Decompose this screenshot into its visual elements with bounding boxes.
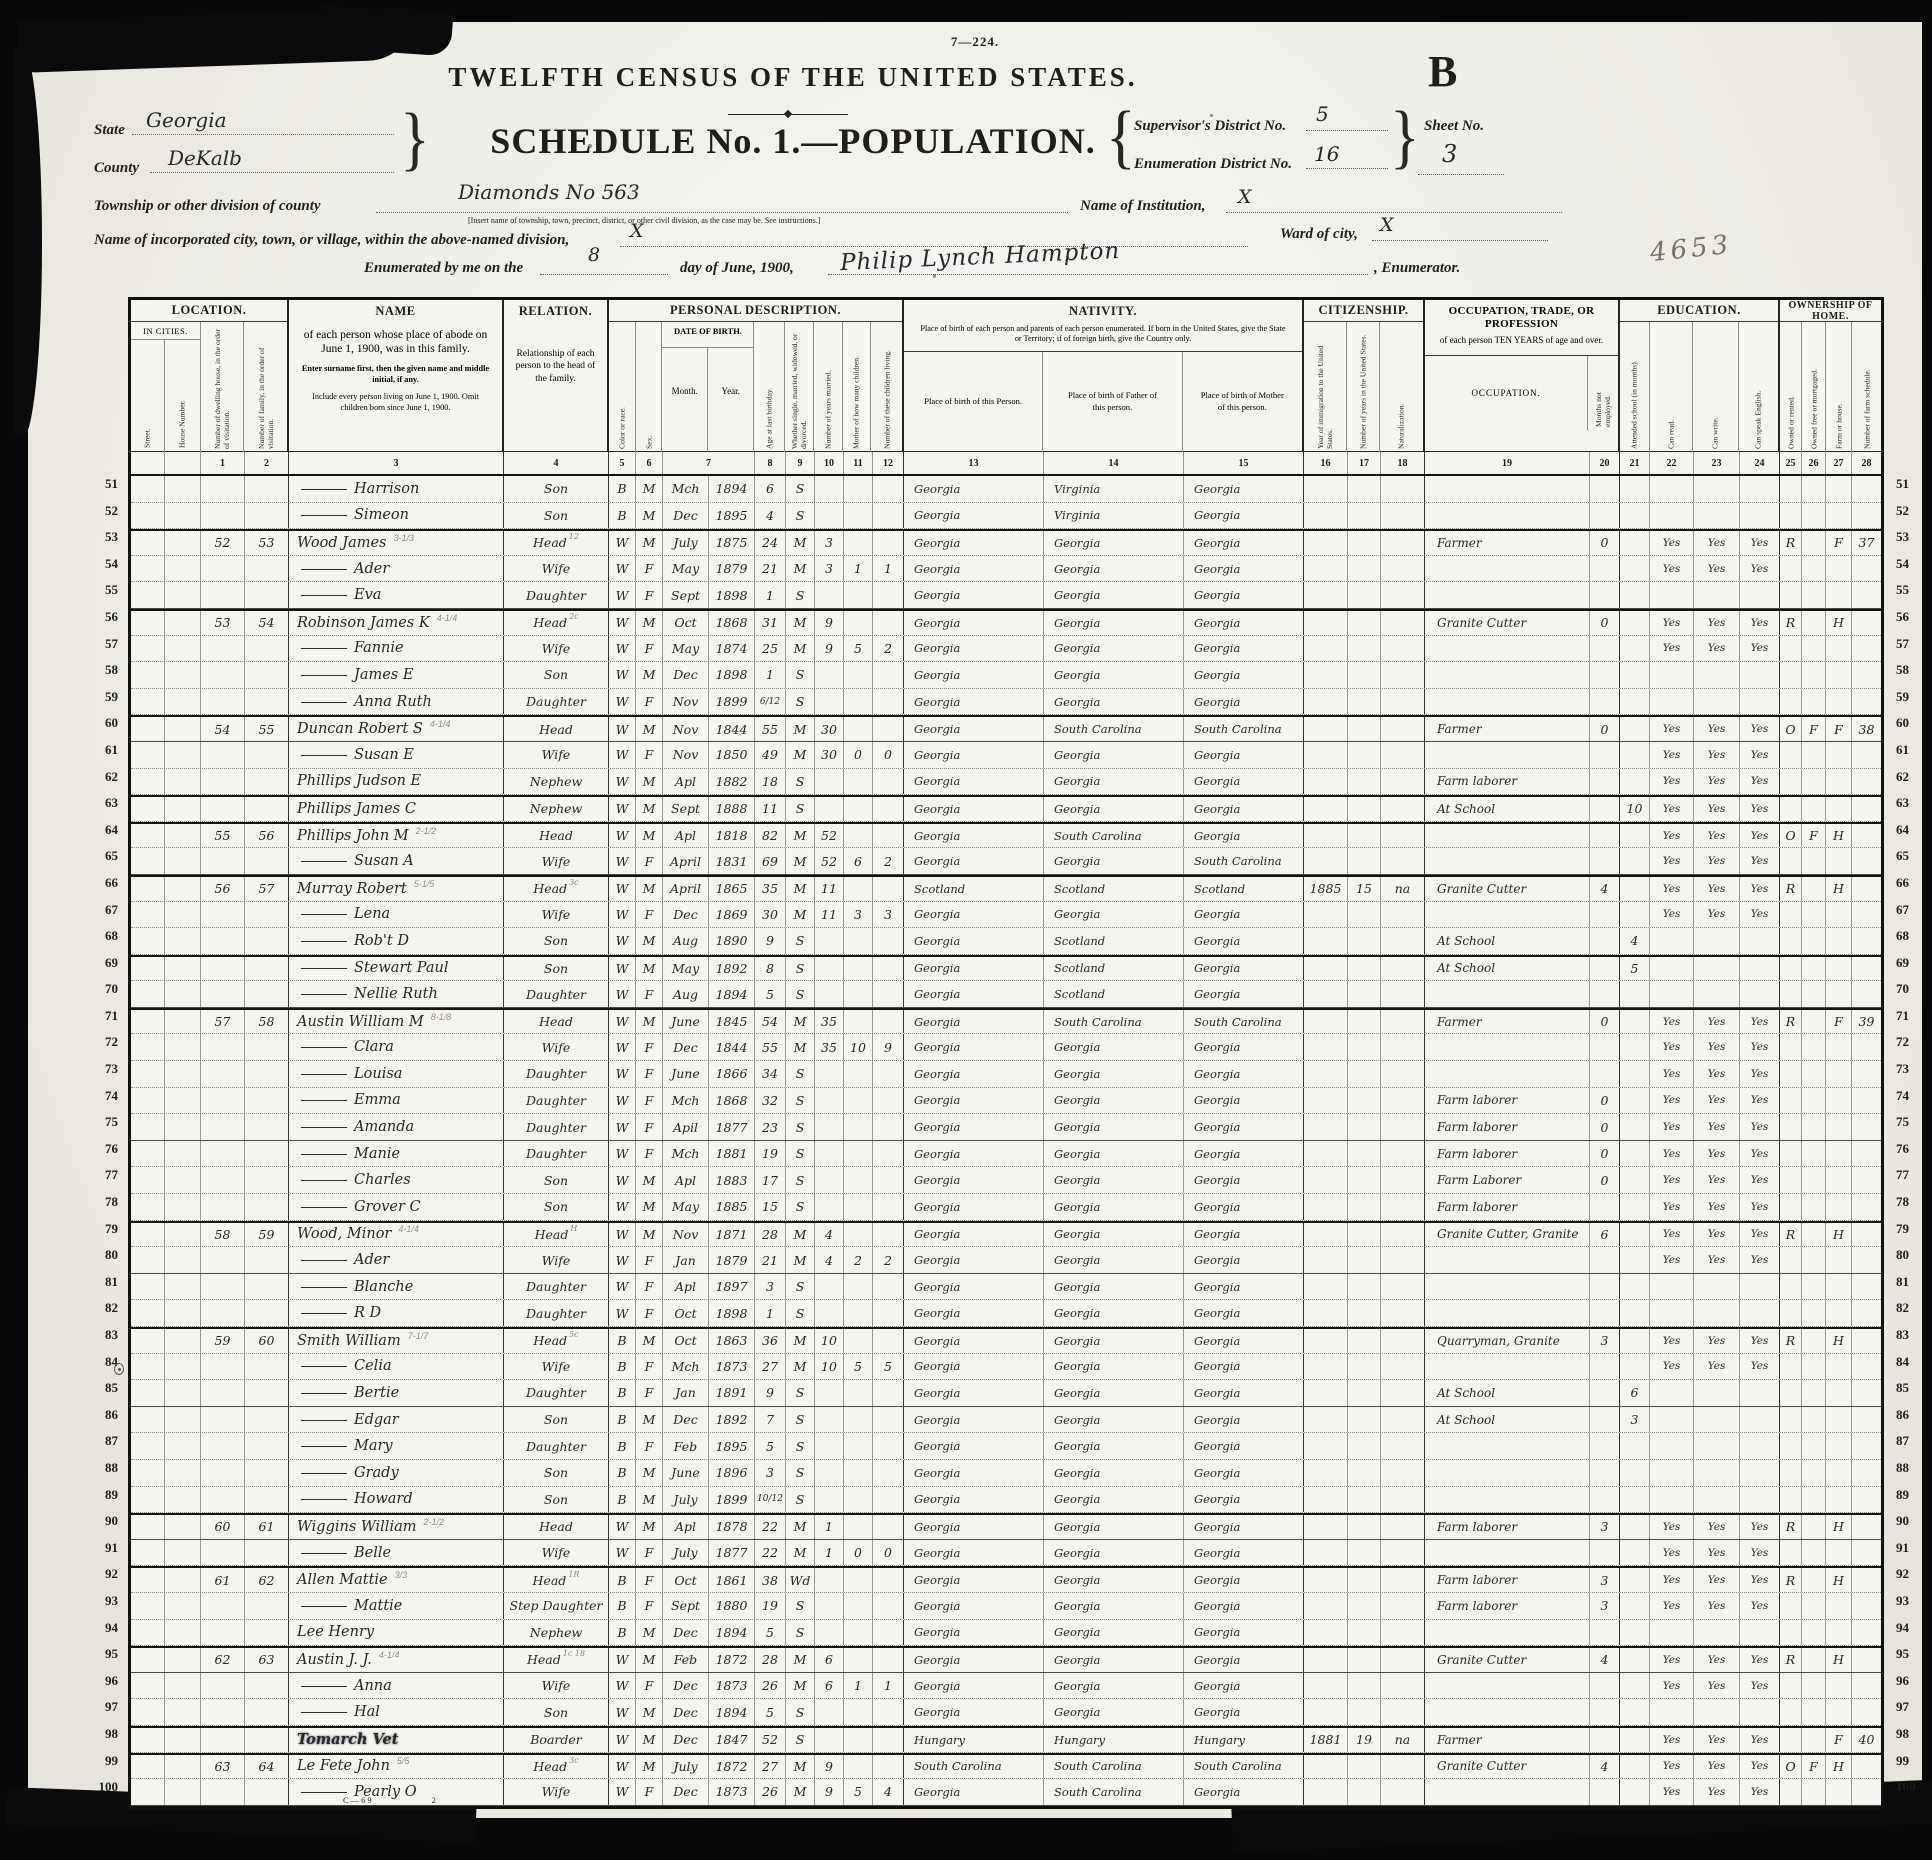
cell-attended-school	[1620, 556, 1650, 582]
cell-occupation: Farmer	[1425, 1728, 1590, 1752]
cell-owned-or-rented: O	[1780, 717, 1802, 741]
cell-dwelling-number	[201, 742, 245, 768]
cell-birthplace-person: Georgia	[904, 1141, 1044, 1167]
cell-naturalization	[1381, 1648, 1425, 1672]
cell-relation: Wife	[504, 902, 609, 928]
cell-relation: Wife	[504, 556, 609, 582]
cell-owned-free-or-mortgaged: F	[1802, 1755, 1826, 1779]
cell-relation: Son	[504, 503, 609, 529]
cell-birthplace-mother: Georgia	[1184, 1141, 1304, 1167]
row-number-79: 79	[86, 1221, 128, 1248]
state-value: Georgia	[146, 108, 227, 132]
col-pob-person-label: Place of birth of this Person.	[904, 352, 1043, 452]
cell-farm-or-house	[1826, 1061, 1852, 1087]
cell-birth-month: Mch	[663, 1141, 709, 1167]
cell-age: 7	[755, 1407, 786, 1433]
cell-farm-schedule-number	[1852, 1407, 1881, 1433]
cell-farm-schedule-number	[1852, 1141, 1881, 1167]
cell-can-write	[1694, 689, 1740, 715]
cell-age: 34	[755, 1061, 786, 1087]
cell-farm-schedule-number	[1852, 1088, 1881, 1114]
cell-house-number	[165, 1515, 201, 1539]
cell-birthplace-mother: Georgia	[1184, 556, 1304, 582]
cell-house-number	[165, 1593, 201, 1619]
row-number-79: 79	[1884, 1221, 1928, 1248]
census-row-79: 5859Wood, Minor4-1/4HeadHWMNov187128M4Ge…	[131, 1221, 1881, 1248]
cell-years-married	[815, 769, 844, 795]
cell-can-read: Yes	[1650, 611, 1694, 635]
cell-street	[131, 1274, 165, 1300]
cell-attended-school	[1620, 531, 1650, 555]
cell-name: Anna	[289, 1673, 504, 1699]
cell-can-speak-english	[1740, 1274, 1780, 1300]
cell-years-in-us	[1348, 611, 1381, 635]
cell-age: 52	[755, 1728, 786, 1752]
cell-occupation	[1425, 1460, 1590, 1486]
cell-age: 6	[755, 476, 786, 502]
cell-can-read: Yes	[1650, 1329, 1694, 1353]
cell-months-not-employed	[1590, 476, 1620, 502]
cell-can-write: Yes	[1694, 848, 1740, 874]
row-number-56: 56	[1884, 609, 1928, 636]
cell-farm-or-house	[1826, 1460, 1852, 1486]
row-number-86: 86	[86, 1407, 128, 1434]
cell-marital-status: S	[786, 1194, 815, 1220]
cell-farm-schedule-number	[1852, 1699, 1881, 1725]
cell-can-speak-english: Yes	[1740, 1728, 1780, 1752]
cell-house-number	[165, 1568, 201, 1592]
row-number-85: 85	[1884, 1380, 1928, 1407]
cell-occupation	[1425, 1061, 1590, 1087]
cell-sex: M	[636, 1728, 663, 1752]
cell-color-race: B	[609, 1354, 636, 1380]
cell-years-married	[815, 1620, 844, 1646]
cell-birthplace-person: Georgia	[904, 1648, 1044, 1672]
cell-street	[131, 981, 165, 1007]
cell-name: Stewart Paul	[289, 957, 504, 981]
cell-sex: M	[636, 1755, 663, 1779]
cell-dwelling-number	[201, 636, 245, 662]
cell-attended-school	[1620, 503, 1650, 529]
cell-house-number	[165, 476, 201, 502]
cell-owned-free-or-mortgaged	[1802, 1088, 1826, 1114]
row-number-100: 100	[1884, 1779, 1928, 1806]
cell-sex: F	[636, 1779, 663, 1805]
cell-color-race: W	[609, 1673, 636, 1699]
cell-family-number: 60	[245, 1329, 289, 1353]
cell-age: 69	[755, 848, 786, 874]
cell-can-write: Yes	[1694, 1247, 1740, 1273]
cell-months-not-employed: 0	[1590, 1141, 1620, 1167]
cell-owned-or-rented: R	[1780, 611, 1802, 635]
cell-can-write	[1694, 662, 1740, 688]
cell-color-race: B	[609, 1380, 636, 1406]
cell-naturalization	[1381, 1114, 1425, 1140]
cell-owned-or-rented	[1780, 636, 1802, 662]
cell-months-not-employed: 4	[1590, 1755, 1620, 1779]
cell-mother-of-children	[844, 662, 873, 688]
cell-family-number	[245, 1354, 289, 1380]
cell-months-not-employed	[1590, 1354, 1620, 1380]
name-instruction-1: Enter surname first, then the given name…	[299, 364, 492, 386]
census-row-55: EvaDaughterWFSept18981SGeorgiaGeorgiaGeo…	[131, 582, 1881, 609]
cell-occupation	[1425, 662, 1590, 688]
cell-years-married: 4	[815, 1247, 844, 1273]
cell-immigration-year	[1304, 662, 1348, 688]
cell-birthplace-father: Georgia	[1044, 1673, 1184, 1699]
census-row-78: Grover CSonWMMay188515SGeorgiaGeorgiaGeo…	[131, 1194, 1881, 1221]
cell-street	[131, 769, 165, 795]
cell-street	[131, 1779, 165, 1805]
cell-birthplace-person: Georgia	[904, 1247, 1044, 1273]
cell-birthplace-person: Georgia	[904, 824, 1044, 848]
cell-name: Ader	[289, 1247, 504, 1273]
cell-can-write: Yes	[1694, 742, 1740, 768]
cell-mother-of-children	[844, 1061, 873, 1087]
row-number-63: 63	[86, 795, 128, 822]
brace-state-county: }	[400, 103, 430, 174]
census-row-82: R DDaughterWFOct18981SGeorgiaGeorgiaGeor…	[131, 1300, 1881, 1327]
cell-age: 5	[755, 1433, 786, 1459]
cell-children-living	[873, 877, 904, 901]
cell-marital-status: S	[786, 1088, 815, 1114]
cell-family-number: 58	[245, 1010, 289, 1034]
cell-children-living: 3	[873, 902, 904, 928]
cell-birthplace-mother: Georgia	[1184, 1088, 1304, 1114]
cell-marital-status: M	[786, 1755, 815, 1779]
cell-children-living	[873, 1300, 904, 1326]
cell-months-not-employed: 3	[1590, 1329, 1620, 1353]
row-number-76: 76	[86, 1141, 128, 1168]
cell-can-read	[1650, 662, 1694, 688]
cell-farm-schedule-number	[1852, 1487, 1881, 1513]
cell-birthplace-father: Virginia	[1044, 476, 1184, 502]
cell-relation: Head2c	[504, 611, 609, 635]
row-number-54: 54	[86, 556, 128, 583]
cell-age: 9	[755, 1380, 786, 1406]
cell-age: 55	[755, 717, 786, 741]
cell-occupation	[1425, 848, 1590, 874]
cell-street	[131, 1699, 165, 1725]
cell-naturalization	[1381, 1515, 1425, 1539]
cell-occupation: Farmer	[1425, 1010, 1590, 1034]
cell-immigration-year	[1304, 1568, 1348, 1592]
cell-birth-month: Dec	[663, 1779, 709, 1805]
township-note: [Insert name of township, town, precinct…	[468, 216, 820, 225]
cell-immigration-year	[1304, 1194, 1348, 1220]
cell-relation: Nephew	[504, 1620, 609, 1646]
cell-street	[131, 1487, 165, 1513]
cell-farm-or-house	[1826, 1300, 1852, 1326]
cell-can-read: Yes	[1650, 902, 1694, 928]
cell-name: Lena	[289, 902, 504, 928]
cell-attended-school	[1620, 662, 1650, 688]
cell-farm-or-house	[1826, 1088, 1852, 1114]
cell-birthplace-father: South Carolina	[1044, 1755, 1184, 1779]
cell-birthplace-father: Georgia	[1044, 1699, 1184, 1725]
cell-mother-of-children	[844, 717, 873, 741]
cell-years-in-us	[1348, 742, 1381, 768]
row-number-78: 78	[1884, 1194, 1928, 1221]
cell-owned-free-or-mortgaged	[1802, 1699, 1826, 1725]
cell-attended-school	[1620, 1034, 1650, 1060]
cell-dwelling-number: 62	[201, 1648, 245, 1672]
cell-occupation: Farm laborer	[1425, 1593, 1590, 1619]
cell-owned-or-rented: R	[1780, 1010, 1802, 1034]
col-dob: DATE OF BIRTH. Month. Year.	[662, 322, 754, 452]
cell-farm-schedule-number	[1852, 1223, 1881, 1247]
col-sex-label: Sex.	[644, 325, 653, 449]
cell-birth-year: 1880	[709, 1593, 755, 1619]
census-row-72: ClaraWifeWFDec184455M35109GeorgiaGeorgia…	[131, 1034, 1881, 1061]
cell-age: 5	[755, 1699, 786, 1725]
cell-farm-schedule-number	[1852, 611, 1881, 635]
row-number-82: 82	[86, 1300, 128, 1327]
row-number-91: 91	[1884, 1540, 1928, 1567]
cell-mother-of-children	[844, 1088, 873, 1114]
cell-dwelling-number	[201, 1487, 245, 1513]
cell-age: 19	[755, 1141, 786, 1167]
col-pob-father-label: Place of birth of Father of this person.	[1043, 352, 1182, 452]
cell-can-write: Yes	[1694, 1728, 1740, 1752]
cell-family-number	[245, 689, 289, 715]
cell-immigration-year	[1304, 1088, 1348, 1114]
row-number-61: 61	[1884, 742, 1928, 769]
cell-children-living	[873, 1699, 904, 1725]
cell-can-read: Yes	[1650, 1247, 1694, 1273]
cell-years-in-us	[1348, 1515, 1381, 1539]
cell-occupation	[1425, 742, 1590, 768]
cell-name: Grover C	[289, 1194, 504, 1220]
cell-family-number	[245, 742, 289, 768]
cell-years-in-us	[1348, 1034, 1381, 1060]
cell-house-number	[165, 1141, 201, 1167]
cell-owned-or-rented	[1780, 476, 1802, 502]
cell-owned-or-rented	[1780, 742, 1802, 768]
row-number-100: 100	[86, 1779, 128, 1806]
cell-attended-school	[1620, 902, 1650, 928]
cell-family-number: 57	[245, 877, 289, 901]
cell-farm-schedule-number	[1852, 957, 1881, 981]
cell-children-living: 0	[873, 742, 904, 768]
enumerated-prefix: Enumerated by me on the	[364, 260, 523, 277]
cell-age: 36	[755, 1329, 786, 1353]
cell-sex: F	[636, 1088, 663, 1114]
cell-birthplace-father: Georgia	[1044, 1223, 1184, 1247]
cell-birth-year: 1874	[709, 636, 755, 662]
cell-months-not-employed: 0	[1590, 1114, 1620, 1140]
cell-years-in-us	[1348, 582, 1381, 608]
cell-relation: Nephew	[504, 797, 609, 821]
cell-owned-or-rented: R	[1780, 1568, 1802, 1592]
cell-months-not-employed: 3	[1590, 1515, 1620, 1539]
row-number-51: 51	[86, 476, 128, 503]
cell-family-number	[245, 1620, 289, 1646]
cell-birth-month: May	[663, 1194, 709, 1220]
cell-months-not-employed	[1590, 1300, 1620, 1326]
cell-can-read: Yes	[1650, 1593, 1694, 1619]
cell-children-living	[873, 476, 904, 502]
stamp-mark	[114, 1363, 124, 1375]
cell-sex: F	[636, 742, 663, 768]
cell-mother-of-children	[844, 1194, 873, 1220]
cell-relation: Head5c	[504, 1329, 609, 1353]
ornament-dot	[784, 110, 792, 118]
cell-can-read: Yes	[1650, 877, 1694, 901]
cell-years-married	[815, 1460, 844, 1486]
cell-birthplace-father: Georgia	[1044, 1114, 1184, 1140]
cell-owned-free-or-mortgaged	[1802, 1380, 1826, 1406]
cell-age: 28	[755, 1648, 786, 1672]
cell-naturalization	[1381, 1010, 1425, 1034]
cell-attended-school	[1620, 689, 1650, 715]
cell-birthplace-father: Georgia	[1044, 1247, 1184, 1273]
cell-dwelling-number	[201, 1141, 245, 1167]
cell-children-living	[873, 928, 904, 954]
cell-name: Simeon	[289, 503, 504, 529]
cell-years-married: 1	[815, 1540, 844, 1566]
cell-birthplace-father: Hungary	[1044, 1728, 1184, 1752]
cell-years-married: 10	[815, 1354, 844, 1380]
cell-years-married	[815, 957, 844, 981]
cell-children-living	[873, 1194, 904, 1220]
cell-house-number	[165, 1223, 201, 1247]
cell-name: Emma	[289, 1088, 504, 1114]
census-row-67: LenaWifeWFDec186930M1133GeorgiaGeorgiaGe…	[131, 902, 1881, 929]
cell-years-married	[815, 689, 844, 715]
cell-owned-free-or-mortgaged	[1802, 1407, 1826, 1433]
cell-mother-of-children	[844, 1114, 873, 1140]
col-years-us-label: Number of years in the United States.	[1358, 325, 1367, 449]
cell-birthplace-mother: South Carolina	[1184, 717, 1304, 741]
cell-dwelling-number: 61	[201, 1568, 245, 1592]
cell-relation: Son	[504, 928, 609, 954]
census-row-71: 5758Austin William M8-1/8HeadWMJune18455…	[131, 1008, 1881, 1035]
cell-children-living	[873, 1593, 904, 1619]
cell-street	[131, 1329, 165, 1353]
cell-sex: M	[636, 717, 663, 741]
cell-family-number	[245, 1141, 289, 1167]
cell-owned-free-or-mortgaged	[1802, 1593, 1826, 1619]
cell-age: 31	[755, 611, 786, 635]
cell-immigration-year	[1304, 1010, 1348, 1034]
cell-naturalization	[1381, 636, 1425, 662]
cell-relation: Daughter	[504, 1300, 609, 1326]
cell-can-speak-english	[1740, 1433, 1780, 1459]
cell-naturalization	[1381, 717, 1425, 741]
cell-family-number	[245, 1673, 289, 1699]
cell-birth-month: Jan	[663, 1247, 709, 1273]
cell-can-write	[1694, 981, 1740, 1007]
cell-immigration-year	[1304, 1460, 1348, 1486]
cell-mother-of-children	[844, 689, 873, 715]
cell-naturalization	[1381, 1673, 1425, 1699]
cell-naturalization	[1381, 1779, 1425, 1805]
cell-attended-school	[1620, 1223, 1650, 1247]
cell-birth-year: 1850	[709, 742, 755, 768]
cell-house-number	[165, 1354, 201, 1380]
cell-can-read	[1650, 503, 1694, 529]
cell-children-living	[873, 531, 904, 555]
cell-can-read	[1650, 957, 1694, 981]
cell-attended-school: 10	[1620, 797, 1650, 821]
cell-farm-or-house	[1826, 1167, 1852, 1193]
cell-birthplace-person: Georgia	[904, 1460, 1044, 1486]
cell-can-read	[1650, 981, 1694, 1007]
cell-children-living: 1	[873, 556, 904, 582]
cell-birthplace-father: Georgia	[1044, 1088, 1184, 1114]
cell-farm-or-house: H	[1826, 611, 1852, 635]
cell-can-speak-english: Yes	[1740, 848, 1780, 874]
cell-house-number	[165, 1755, 201, 1779]
cell-can-speak-english	[1740, 476, 1780, 502]
cell-can-read: Yes	[1650, 824, 1694, 848]
cell-farm-or-house	[1826, 1673, 1852, 1699]
cell-marital-status: S	[786, 662, 815, 688]
cell-years-in-us	[1348, 1380, 1381, 1406]
cell-marital-status: M	[786, 611, 815, 635]
cell-immigration-year	[1304, 1034, 1348, 1060]
cell-can-speak-english: Yes	[1740, 611, 1780, 635]
cell-children-living: 1	[873, 1673, 904, 1699]
ward-value: X	[1380, 214, 1394, 236]
cell-farm-schedule-number	[1852, 1648, 1881, 1672]
cell-can-write: Yes	[1694, 1673, 1740, 1699]
cell-dwelling-number	[201, 582, 245, 608]
cell-birthplace-mother: Georgia	[1184, 902, 1304, 928]
cell-can-speak-english	[1740, 503, 1780, 529]
cell-birthplace-mother: South Carolina	[1184, 848, 1304, 874]
ward-line	[1372, 240, 1548, 241]
cell-house-number	[165, 1329, 201, 1353]
cell-house-number	[165, 611, 201, 635]
cell-relation: Head	[504, 824, 609, 848]
cell-birth-month: Aug	[663, 928, 709, 954]
cell-birth-year: 1898	[709, 1300, 755, 1326]
cell-color-race: W	[609, 1114, 636, 1140]
cell-children-living	[873, 1515, 904, 1539]
cell-occupation	[1425, 636, 1590, 662]
row-number-96: 96	[1884, 1673, 1928, 1700]
cell-family-number	[245, 1274, 289, 1300]
cell-birth-month: Dec	[663, 1407, 709, 1433]
cell-attended-school	[1620, 1728, 1650, 1752]
col-attended-school-label: Attended school (in months).	[1630, 325, 1639, 449]
cell-can-speak-english: Yes	[1740, 1223, 1780, 1247]
cell-mother-of-children	[844, 582, 873, 608]
cell-birth-month: Dec	[663, 1620, 709, 1646]
cell-can-speak-english	[1740, 662, 1780, 688]
cell-children-living	[873, 611, 904, 635]
cell-marital-status: S	[786, 1380, 815, 1406]
cell-owned-free-or-mortgaged	[1802, 1540, 1826, 1566]
cell-years-in-us	[1348, 1540, 1381, 1566]
cell-house-number	[165, 1699, 201, 1725]
cell-mother-of-children	[844, 1167, 873, 1193]
row-number-77: 77	[86, 1167, 128, 1194]
cell-occupation: Farm laborer	[1425, 1515, 1590, 1539]
cell-birth-year: 1899	[709, 1487, 755, 1513]
cell-farm-or-house	[1826, 742, 1852, 768]
cell-birthplace-mother: Georgia	[1184, 1329, 1304, 1353]
cell-birthplace-father: Georgia	[1044, 1407, 1184, 1433]
cell-dwelling-number	[201, 1460, 245, 1486]
cell-months-not-employed	[1590, 1274, 1620, 1300]
cell-can-read: Yes	[1650, 848, 1694, 874]
cell-farm-schedule-number	[1852, 636, 1881, 662]
cell-color-race: W	[609, 1010, 636, 1034]
cell-owned-or-rented	[1780, 1540, 1802, 1566]
